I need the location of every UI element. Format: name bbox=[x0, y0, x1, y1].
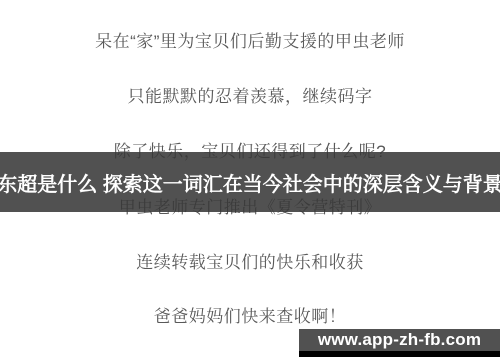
watermark-bar bbox=[299, 351, 500, 357]
watermark: www.app-zh-fb.com bbox=[299, 329, 500, 357]
caption-line: 只能默默的忍着羡慕，继续码字 bbox=[0, 86, 500, 108]
seo-title-overlay: 东超是什么 探索这一词汇在当今社会中的深层含义与背景 bbox=[0, 152, 500, 212]
seo-title: 东超是什么 探索这一词汇在当今社会中的深层含义与背景 bbox=[0, 168, 500, 197]
cover-image: 呆在“家”里为宝贝们后勤支援的甲虫老师 只能默默的忍着羡慕，继续码字 除了快乐，… bbox=[0, 0, 500, 362]
caption-line: 呆在“家”里为宝贝们后勤支援的甲虫老师 bbox=[0, 31, 500, 53]
watermark-box: www.app-zh-fb.com bbox=[299, 329, 500, 351]
caption-line: 爸爸妈妈们快来查收啊！ bbox=[0, 306, 500, 328]
caption-line: 连续转载宝贝们的快乐和收获 bbox=[0, 252, 500, 274]
watermark-url: www.app-zh-fb.com bbox=[318, 330, 481, 350]
